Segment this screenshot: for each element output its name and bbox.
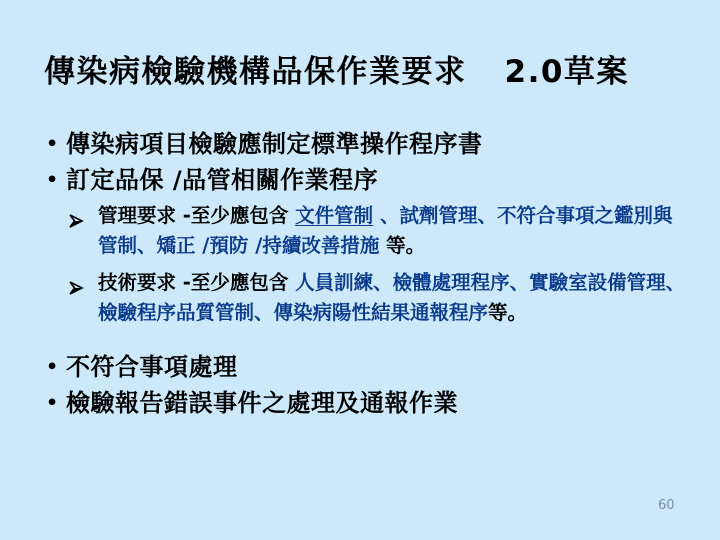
bullet-text: 檢驗報告錯誤事件之處理及通報作業 <box>66 385 458 421</box>
sub-bullet-item-2: 技術要求 -至少應包含 人員訓練、檢體處理程序、實驗室設備管理、檢驗程序品質管制… <box>68 268 690 328</box>
slide-title: 傳染病檢驗機構品保作業要求 2.0草案 <box>44 46 694 91</box>
bullet-text: 傳染病項目檢驗應制定標準操作程序書 <box>66 126 483 162</box>
slide-body: • 傳染病項目檢驗應制定標準操作程序書 • 訂定品保 /品管相關作業程序 管理要… <box>40 126 690 421</box>
arrowhead-bullet-icon <box>68 268 98 305</box>
slide-title-draft-version: 2.0草案 <box>505 46 629 91</box>
text-segment: 管理要求 -至少應包含 <box>98 204 295 227</box>
text-segment: 等。 <box>488 301 527 324</box>
bullet-item-3: • 不符合事項處理 <box>40 349 690 385</box>
bullet-dot-icon: • <box>40 126 66 162</box>
bullet-text: 不符合事項處理 <box>66 349 238 385</box>
slide-title-main: 傳染病檢驗機構品保作業要求 <box>44 46 467 91</box>
bullet-dot-icon: • <box>40 349 66 385</box>
text-segment-underlined: 文件管制 <box>295 204 373 227</box>
presentation-slide: 傳染病檢驗機構品保作業要求 2.0草案 • 傳染病項目檢驗應制定標準操作程序書 … <box>0 0 720 540</box>
bullet-item-2: • 訂定品保 /品管相關作業程序 <box>40 162 690 198</box>
arrowhead-bullet-icon <box>68 201 98 238</box>
bullet-item-1: • 傳染病項目檢驗應制定標準操作程序書 <box>40 126 690 162</box>
sub-bullet-text: 技術要求 -至少應包含 人員訓練、檢體處理程序、實驗室設備管理、檢驗程序品質管制… <box>98 268 690 328</box>
bullet-item-4: • 檢驗報告錯誤事件之處理及通報作業 <box>40 385 690 421</box>
sub-bullet-text: 管理要求 -至少應包含 文件管制 、試劑管理、不符合事項之鑑別與管制、矯正 /預… <box>98 201 690 261</box>
sub-bullet-list: 管理要求 -至少應包含 文件管制 、試劑管理、不符合事項之鑑別與管制、矯正 /預… <box>68 201 690 328</box>
sub-bullet-item-1: 管理要求 -至少應包含 文件管制 、試劑管理、不符合事項之鑑別與管制、矯正 /預… <box>68 201 690 261</box>
text-segment: 等。 <box>386 234 425 257</box>
bullet-text: 訂定品保 /品管相關作業程序 <box>66 162 378 198</box>
page-number: 60 <box>658 498 675 513</box>
bullet-dot-icon: • <box>40 385 66 421</box>
bullet-dot-icon: • <box>40 162 66 198</box>
text-segment: 技術要求 -至少應包含 <box>98 271 295 294</box>
spacer <box>40 335 690 349</box>
